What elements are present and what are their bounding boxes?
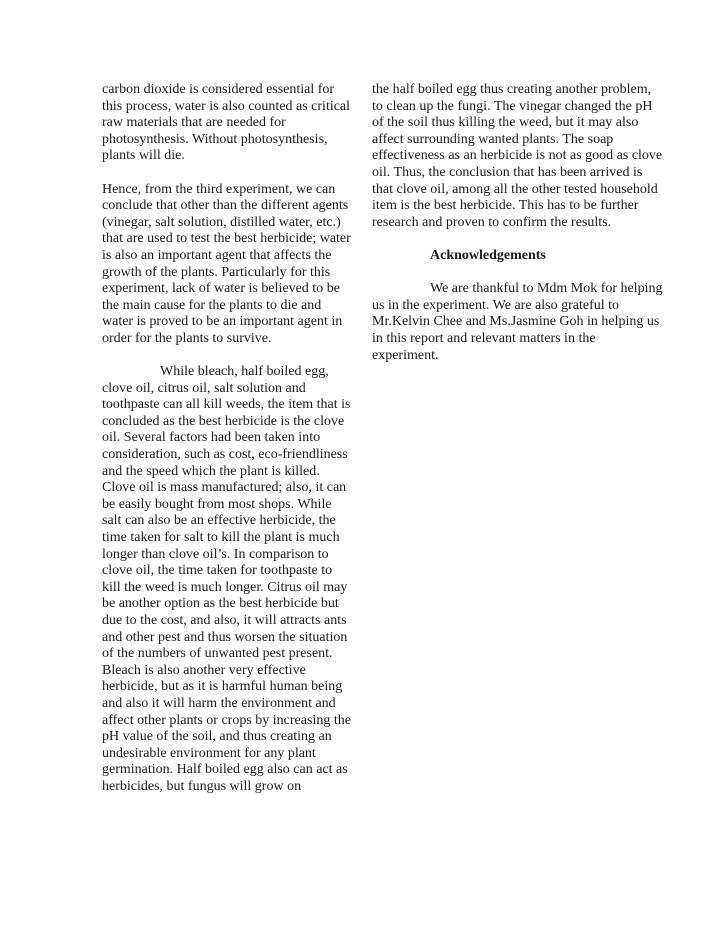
right-text-column: the half boiled egg thus creating anothe…: [372, 82, 664, 381]
paragraph-third-experiment-conclusion: Hence, from the third experiment, we can…: [102, 182, 354, 348]
paragraph-acknowledgements-body: We are thankful to Mdm Mok for helping u…: [372, 281, 664, 364]
paragraph-water-essential: carbon dioxide is considered essential f…: [102, 82, 354, 165]
document-page: carbon dioxide is considered essential f…: [0, 0, 728, 942]
paragraph-herbicide-conclusion: the half boiled egg thus creating anothe…: [372, 82, 664, 231]
paragraph-best-herbicide-discussion: While bleach, half boiled egg, clove oil…: [102, 364, 354, 795]
left-text-column: carbon dioxide is considered essential f…: [102, 82, 354, 812]
acknowledgements-heading: Acknowledgements: [372, 248, 664, 265]
